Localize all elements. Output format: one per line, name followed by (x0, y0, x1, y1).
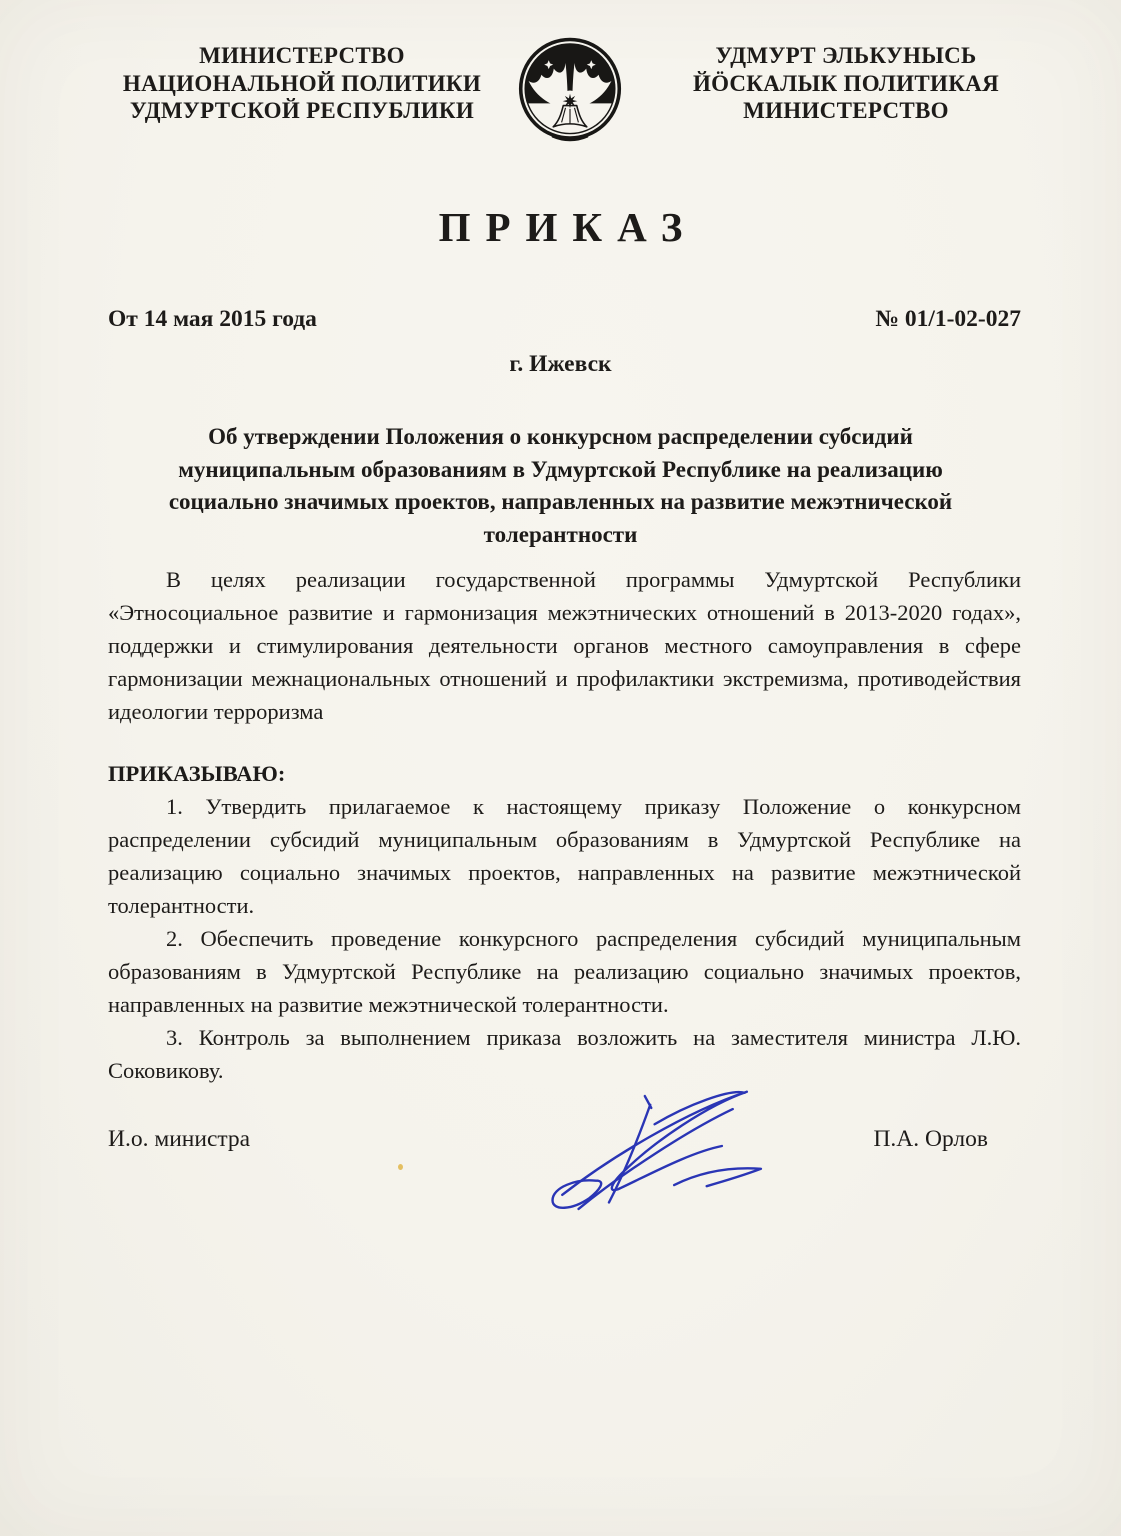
order-item-1: 1. Утвердить прилагаемое к настоящему пр… (108, 790, 1021, 922)
subject-line-1: Об утверждении Положения о конкурсном ра… (100, 421, 1021, 454)
org-right-line-3: МИНИСТЕРСТВО (648, 97, 1044, 125)
order-word: ПРИКАЗЫВАЮ: (108, 757, 1021, 790)
document-subject: Об утверждении Положения о конкурсном ра… (100, 421, 1021, 551)
ministry-name-udmurt: УДМУРТ ЭЛЬКУНЫСЬ ЙӦСКАЛЫК ПОЛИТИКАЯ МИНИ… (648, 42, 1044, 125)
scan-speck (398, 1164, 403, 1170)
org-left-line-1: МИНИСТЕРСТВО (112, 42, 492, 70)
ministry-name-russian: МИНИСТЕРСТВО НАЦИОНАЛЬНОЙ ПОЛИТИКИ УДМУР… (112, 42, 492, 125)
org-right-line-2: ЙӦСКАЛЫК ПОЛИТИКАЯ (648, 70, 1044, 98)
scanned-order-document: МИНИСТЕРСТВО НАЦИОНАЛЬНОЙ ПОЛИТИКИ УДМУР… (0, 0, 1121, 1536)
handwritten-signature-ink (546, 1078, 774, 1214)
document-date: От 14 мая 2015 года (108, 306, 317, 333)
subject-line-3: социально значимых проектов, направленны… (100, 486, 1021, 519)
document-number: № 01/1-02-027 (875, 306, 1021, 333)
org-left-line-3: УДМУРТСКОЙ РЕСПУБЛИКИ (112, 97, 492, 125)
preamble-paragraph: В целях реализации государственной прогр… (108, 563, 1021, 728)
document-city: г. Ижевск (0, 351, 1121, 378)
udmurtia-coat-of-arms-icon (514, 34, 626, 148)
order-item-2: 2. Обеспечить проведение конкурсного рас… (108, 922, 1021, 1021)
document-body: В целях реализации государственной прогр… (108, 563, 1021, 1087)
subject-line-2: муниципальным образованиям в Удмуртской … (100, 454, 1021, 487)
subject-line-4: толерантности (100, 519, 1021, 552)
signer-name: П.А. Орлов (873, 1126, 988, 1153)
org-left-line-2: НАЦИОНАЛЬНОЙ ПОЛИТИКИ (112, 70, 492, 98)
org-right-line-1: УДМУРТ ЭЛЬКУНЫСЬ (648, 42, 1044, 70)
signer-position: И.о. министра (108, 1126, 250, 1153)
meta-row: От 14 мая 2015 года № 01/1-02-027 (108, 306, 1021, 333)
document-kind-heading: ПРИКАЗ (0, 203, 1121, 251)
